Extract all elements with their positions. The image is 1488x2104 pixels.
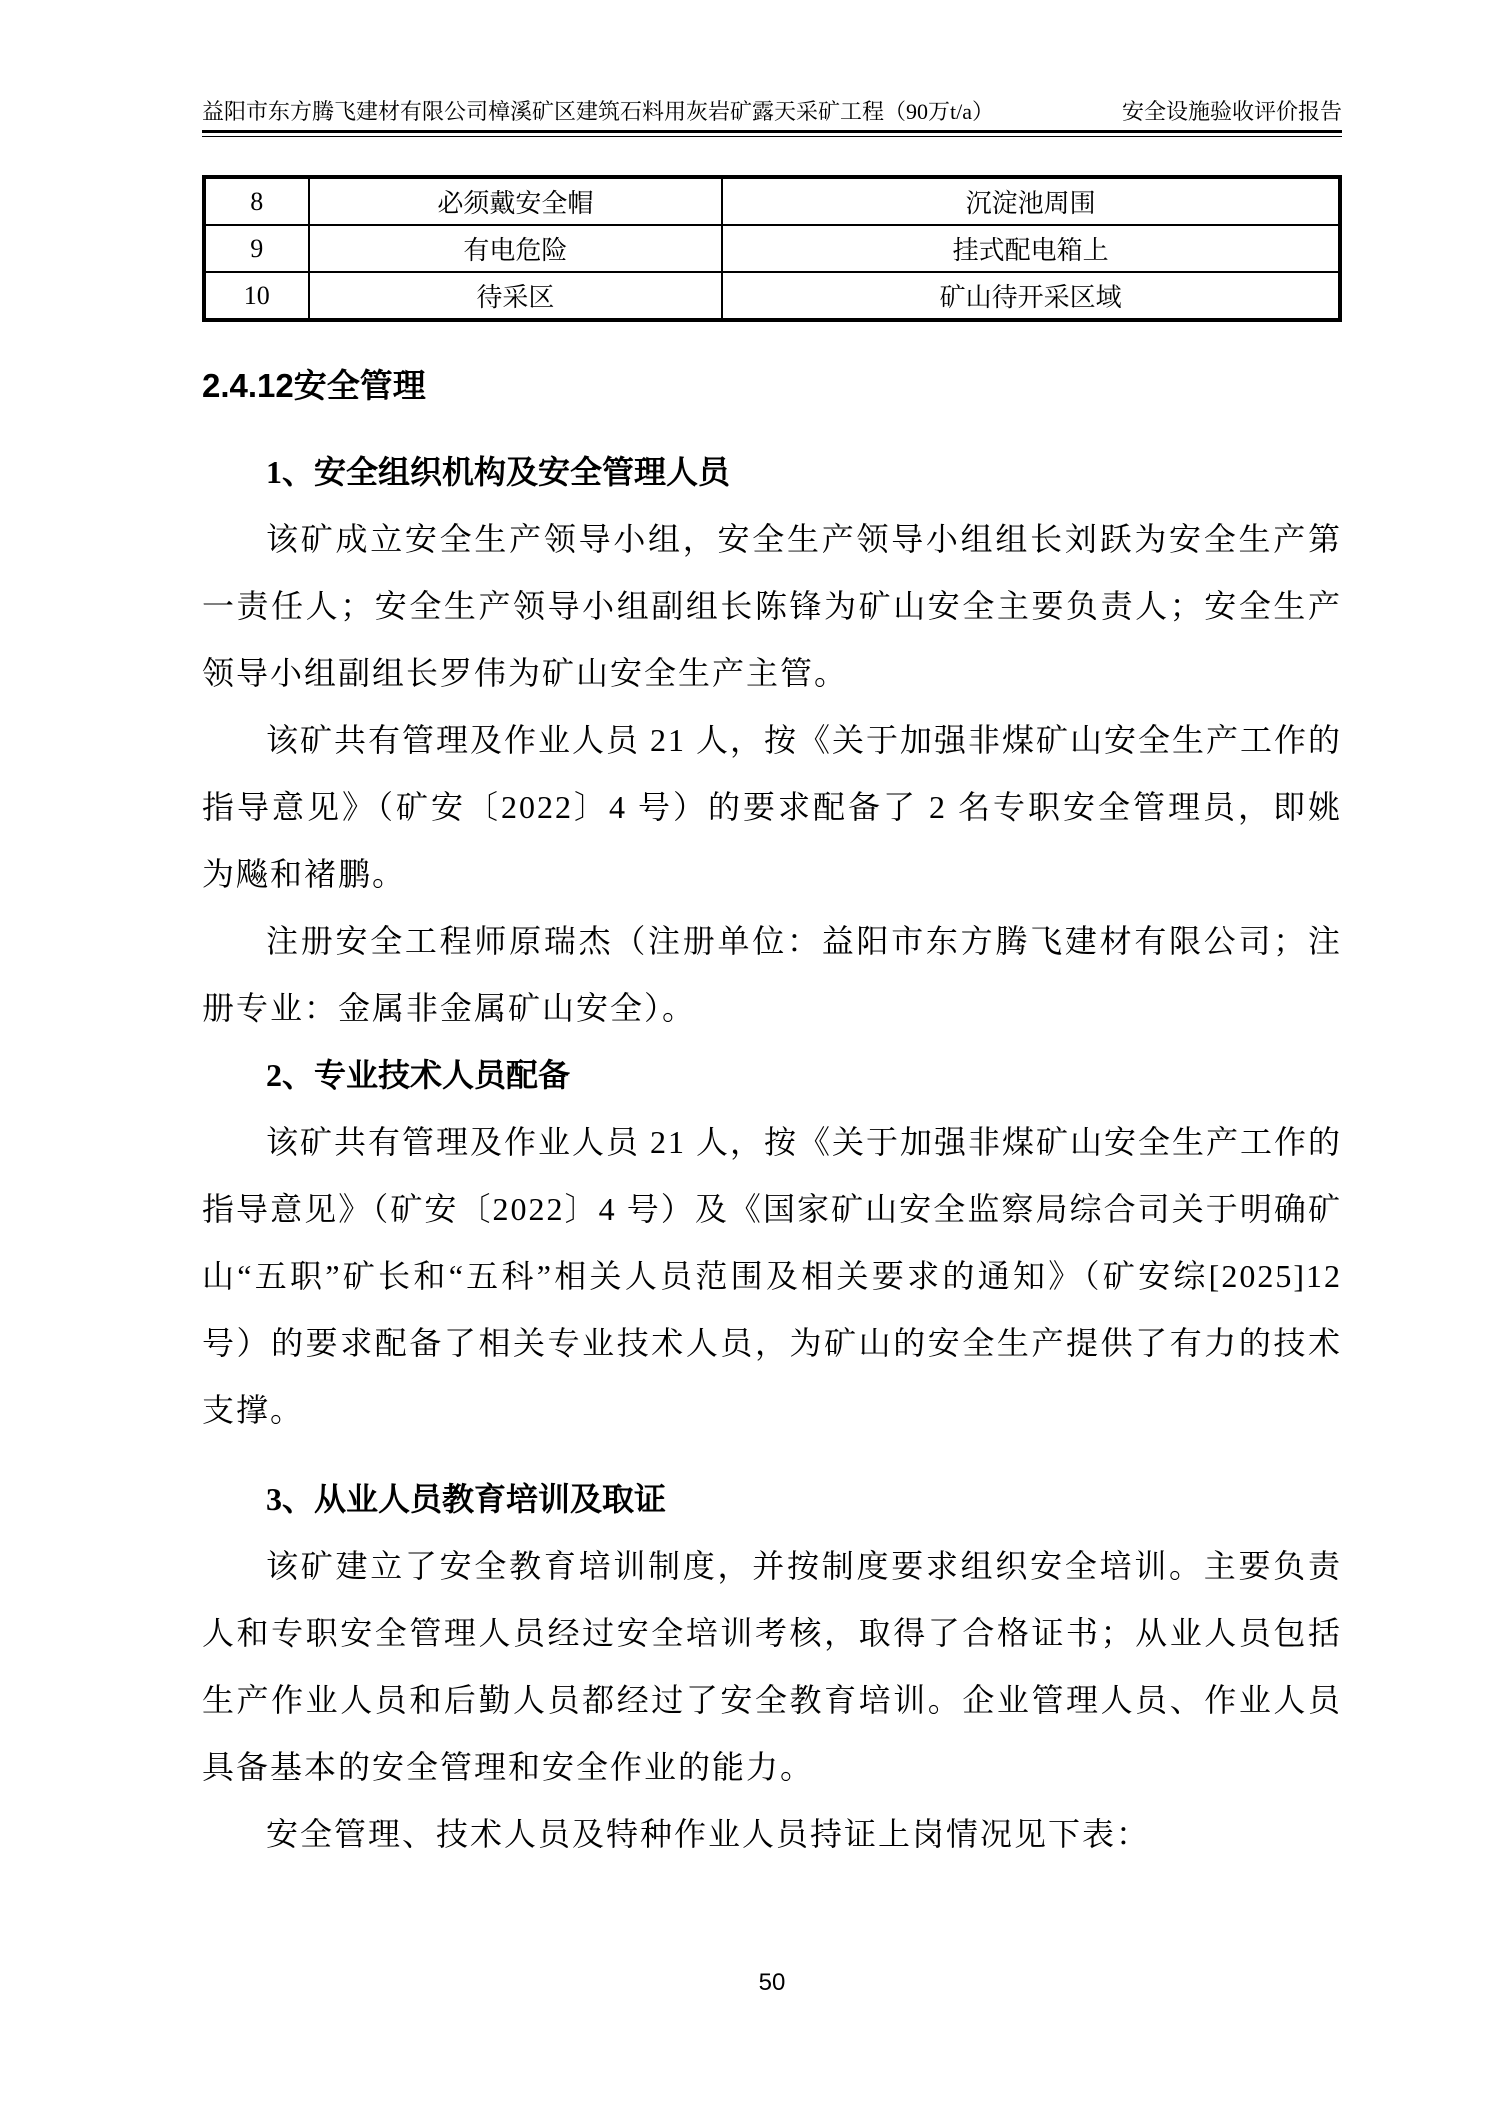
paragraph-3: 注册安全工程师原瑞杰（注册单位：益阳市东方腾飞建材有限公司；注册专业：金属非金属…: [202, 908, 1342, 1042]
cell-sign-label: 待采区: [309, 272, 723, 320]
header-left-title: 益阳市东方腾飞建材有限公司樟溪矿区建筑石料用灰岩矿露天采矿工程（90万t/a）: [202, 98, 994, 126]
header-rule: [202, 130, 1342, 137]
table-row: 9 有电危险 挂式配电箱上: [204, 225, 1340, 272]
subsection-heading-2: 2、专业技术人员配备: [202, 1042, 1342, 1109]
page-header-line: 益阳市东方腾飞建材有限公司樟溪矿区建筑石料用灰岩矿露天采矿工程（90万t/a） …: [202, 98, 1342, 126]
section-heading: 2.4.12安全管理: [202, 352, 1342, 419]
signs-table: 8 必须戴安全帽 沉淀池周围 9 有电危险 挂式配电箱上 10 待采区 矿山待开…: [202, 175, 1342, 322]
paragraph-2: 该矿共有管理及作业人员 21 人，按《关于加强非煤矿山安全生产工作的指导意见》（…: [202, 707, 1342, 908]
page-header: 益阳市东方腾飞建材有限公司樟溪矿区建筑石料用灰岩矿露天采矿工程（90万t/a） …: [202, 98, 1342, 137]
header-right-title: 安全设施验收评价报告: [1122, 98, 1342, 126]
paragraph-4: 该矿共有管理及作业人员 21 人，按《关于加强非煤矿山安全生产工作的指导意见》（…: [202, 1109, 1342, 1444]
page-number: 50: [202, 1968, 1342, 1998]
cell-sign-location: 挂式配电箱上: [722, 225, 1340, 272]
subsection-heading-3: 3、从业人员教育培训及取证: [202, 1466, 1342, 1533]
paragraph-1: 该矿成立安全生产领导小组，安全生产领导小组组长刘跃为安全生产第一责任人；安全生产…: [202, 506, 1342, 707]
cell-row-number: 9: [204, 225, 309, 272]
cell-sign-label: 必须戴安全帽: [309, 177, 723, 225]
cell-row-number: 10: [204, 272, 309, 320]
subsection-heading-1: 1、安全组织机构及安全管理人员: [202, 439, 1342, 506]
cell-row-number: 8: [204, 177, 309, 225]
cell-sign-location: 矿山待开采区域: [722, 272, 1340, 320]
cell-sign-location: 沉淀池周围: [722, 177, 1340, 225]
document-content: 8 必须戴安全帽 沉淀池周围 9 有电危险 挂式配电箱上 10 待采区 矿山待开…: [202, 175, 1342, 1868]
document-page: 益阳市东方腾飞建材有限公司樟溪矿区建筑石料用灰岩矿露天采矿工程（90万t/a） …: [0, 0, 1488, 2104]
table-row: 10 待采区 矿山待开采区域: [204, 272, 1340, 320]
cell-sign-label: 有电危险: [309, 225, 723, 272]
paragraph-5: 该矿建立了安全教育培训制度，并按制度要求组织安全培训。主要负责人和专职安全管理人…: [202, 1533, 1342, 1801]
table-row: 8 必须戴安全帽 沉淀池周围: [204, 177, 1340, 225]
paragraph-6: 安全管理、技术人员及特种作业人员持证上岗情况见下表：: [202, 1801, 1342, 1868]
